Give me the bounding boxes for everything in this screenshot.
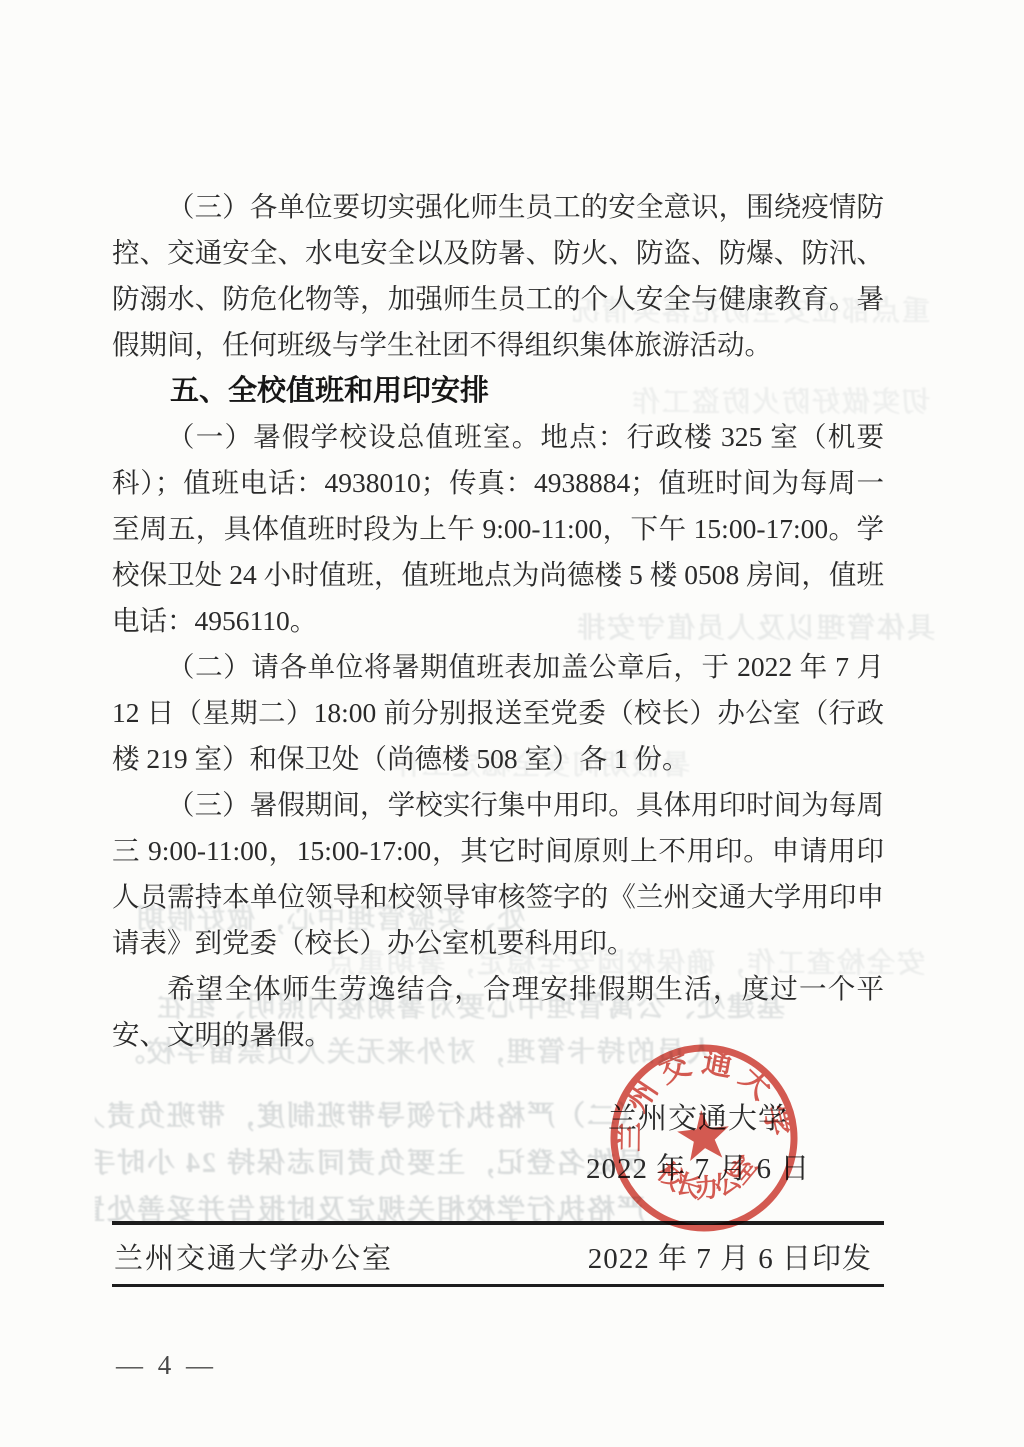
paragraph-seal-usage: （三）暑假期间，学校实行集中用印。具体用印时间为每周三 9:00-11:00，1…: [112, 782, 884, 966]
bleedthrough-text: 员姓名登记，主要负责同志保持 24 小时手机畅通: [95, 1141, 645, 1181]
scanned-document-page: 重点部位安全防范落实情况 切实做好防火防盗工作 具体管理以及人员值守安排 暑假期…: [0, 0, 1024, 1447]
document-body: （三）各单位要切实强化师生员工的安全意识，围绕疫情防控、交通安全、水电安全以及防…: [112, 184, 884, 1058]
official-seal: 兰州交通大学 校长办公室: [596, 1030, 811, 1245]
paragraph-duty-room: （一）暑假学校设总值班室。地点：行政楼 325 室（机要科）；值班电话：4938…: [112, 414, 884, 644]
footer-rule-bottom: [112, 1284, 884, 1287]
paragraph-safety-education: （三）各单位要切实强化师生员工的安全意识，围绕疫情防控、交通安全、水电安全以及防…: [112, 184, 884, 368]
svg-text:校长办公室: 校长办公室: [650, 1147, 766, 1209]
bleedthrough-text: （二）严格执行领导带班制度，带班负责人、值班: [95, 1094, 645, 1134]
star-icon: [675, 1107, 732, 1162]
footer-issuing-office: 兰州交通大学办公室: [114, 1236, 393, 1277]
page-number: — 4 —: [116, 1350, 217, 1381]
section-heading: 五、全校值班和用印安排: [112, 368, 884, 414]
seal-inner-text: 校长办公室: [650, 1147, 766, 1209]
paragraph-duty-roster: （二）请各单位将暑期值班表加盖公章后，于 2022 年 7 月 12 日（星期二…: [112, 644, 884, 782]
